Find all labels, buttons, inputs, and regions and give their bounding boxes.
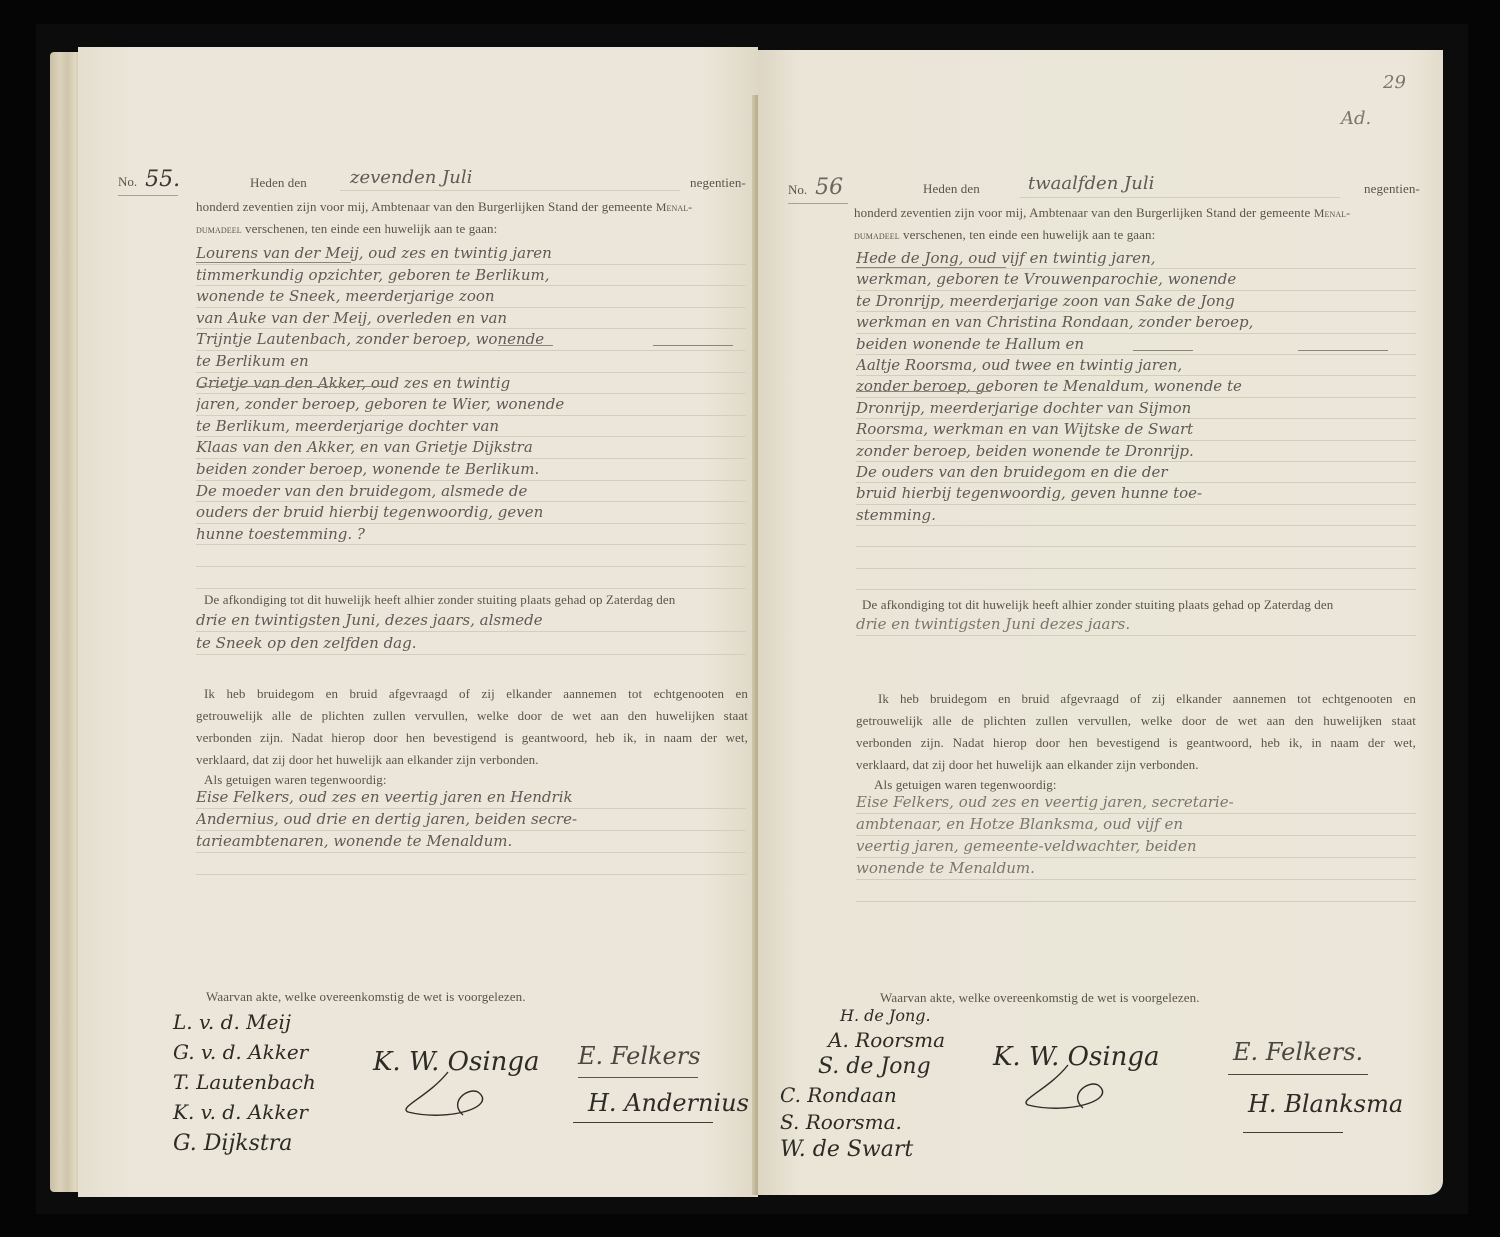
body-line: zonder beroep, geboren te Menaldum, wone… xyxy=(856,376,1416,397)
vows-text: Ik heb bruidegom en bruid afgevraagd of … xyxy=(856,688,1416,776)
body-line: te Dronrijp, meerderjarige zoon van Sake… xyxy=(856,291,1416,312)
heden-den-label: Heden den xyxy=(923,181,980,197)
signature: K. v. d. Akker xyxy=(173,1097,316,1127)
body-line: stemming. xyxy=(856,505,1416,526)
party-signatures: L. v. d. Meij G. v. d. Akker T. Lautenba… xyxy=(173,1007,316,1161)
body-line: wonende te Sneek, meerderjarige zoon xyxy=(196,286,746,308)
witnesses-label: Als getuigen waren tegenwoordig: xyxy=(874,777,1057,793)
afkondiging-text: De afkondiging tot dit huwelijk heeft al… xyxy=(862,597,1422,613)
signature: L. v. d. Meij xyxy=(173,1007,316,1037)
intro-line-3: dumadeel verschenen, ten einde een huwel… xyxy=(854,227,1155,243)
afkondiging-text: De afkondiging tot dit huwelijk heeft al… xyxy=(204,592,738,608)
intro-line: honderd zeventien zijn voor mij, Ambtena… xyxy=(196,199,748,215)
page-mark: Ad. xyxy=(1341,108,1371,129)
body-line: Dronrijp, meerderjarige dochter van Sijm… xyxy=(856,398,1416,419)
signature: G. Dijkstra xyxy=(173,1127,316,1161)
body-line: ouders der bruid hierbij tegenwoordig, g… xyxy=(196,502,746,524)
vows-text: Ik heb bruidegom en bruid afgevraagd of … xyxy=(196,683,748,771)
record-number: No.55. xyxy=(118,167,180,192)
right-page: 29 Ad. No.56 Heden den twaalfden Juli ne… xyxy=(758,50,1443,1195)
body-line: beiden wonende te Hallum en xyxy=(856,334,1416,355)
intro-line-3: dumadeel verschenen, ten einde een huwel… xyxy=(196,221,497,237)
body-line: Roorsma, werkman en van Wijtske de Swart xyxy=(856,419,1416,440)
body-line: bruid hierbij tegenwoordig, geven hunne … xyxy=(856,483,1416,504)
body-line: Aaltje Roorsma, oud twee en twintig jare… xyxy=(856,355,1416,376)
signature: S. Roorsma. xyxy=(780,1109,945,1135)
page-number: 29 xyxy=(1383,72,1406,93)
witnesses-hand: Eise Felkers, oud zes en veertig jaren, … xyxy=(856,792,1416,902)
body-line: werkman, geboren te Vrouwenparochie, won… xyxy=(856,269,1416,290)
signature: S. de Jong xyxy=(818,1053,945,1081)
body-line: Trijntje Lautenbach, zonder beroep, wone… xyxy=(196,329,746,351)
afkondiging-hand: drie en twintigsten Juni, dezes jaars, a… xyxy=(196,609,746,655)
body-line: werkman en van Christina Rondaan, zonder… xyxy=(856,312,1416,333)
left-page: No.55. Heden den zevenden Juli negentien… xyxy=(78,47,758,1197)
record-number: No.56 xyxy=(788,175,843,200)
marriage-date: zevenden Juli xyxy=(350,167,472,188)
negentien-label: negentien- xyxy=(690,175,746,191)
signature-flourish xyxy=(1008,1060,1158,1110)
body-line: timmerkundig opzichter, geboren te Berli… xyxy=(196,265,746,287)
signature: T. Lautenbach xyxy=(173,1067,316,1097)
signature: H. de Jong. xyxy=(840,1005,945,1027)
body-line: van Auke van der Meij, overleden en van xyxy=(196,308,746,330)
body-line: jaren, zonder beroep, geboren te Wier, w… xyxy=(196,394,746,416)
body-line: De ouders van den bruidegom en die der xyxy=(856,462,1416,483)
body-line: hunne toestemming. ? xyxy=(196,524,746,546)
witness-signature: H. Andernius xyxy=(588,1089,749,1117)
heden-den-label: Heden den xyxy=(250,175,307,191)
party-signatures: H. de Jong. A. Roorsma S. de Jong C. Ron… xyxy=(770,1005,945,1165)
witness-signature: E. Felkers xyxy=(578,1042,701,1070)
record-body: Lourens van der Meij, oud zes en twintig… xyxy=(196,243,746,589)
closing-text: Waarvan akte, welke overeenkomstig de we… xyxy=(880,990,1200,1006)
body-line: Klaas van den Akker, en van Grietje Dijk… xyxy=(196,437,746,459)
signature: W. de Swart xyxy=(780,1135,945,1165)
body-line: De moeder van den bruidegom, alsmede de xyxy=(196,481,746,503)
witness-signature: H. Blanksma xyxy=(1248,1090,1403,1118)
record-number-value: 55. xyxy=(145,167,180,192)
witnesses-hand: Eise Felkers, oud zes en veertig jaren e… xyxy=(196,787,746,875)
record-number-value: 56 xyxy=(815,175,843,200)
marriage-date: twaalfden Juli xyxy=(1028,173,1154,194)
intro-line: honderd zeventien zijn voor mij, Ambtena… xyxy=(854,205,1414,221)
body-line: Grietje van den Akker, oud zes en twinti… xyxy=(196,373,746,395)
signature: C. Rondaan xyxy=(780,1081,945,1109)
body-line: zonder beroep, beiden wonende te Dronrij… xyxy=(856,441,1416,462)
witness-signature: E. Felkers. xyxy=(1233,1038,1363,1066)
closing-text: Waarvan akte, welke overeenkomstig de we… xyxy=(206,989,526,1005)
body-line: beiden zonder beroep, wonende te Berliku… xyxy=(196,459,746,481)
negentien-label: negentien- xyxy=(1364,181,1420,197)
signature: A. Roorsma xyxy=(828,1027,945,1053)
record-body: Hede de Jong, oud vijf en twintig jaren,… xyxy=(856,248,1416,590)
body-line: te Berlikum, meerderjarige dochter van xyxy=(196,416,746,438)
signature: G. v. d. Akker xyxy=(173,1037,316,1067)
afkondiging-hand: drie en twintigsten Juni dezes jaars. xyxy=(856,613,1416,636)
body-line: te Berlikum en xyxy=(196,351,746,373)
signature-flourish xyxy=(388,1067,538,1117)
witnesses-label: Als getuigen waren tegenwoordig: xyxy=(204,772,387,788)
